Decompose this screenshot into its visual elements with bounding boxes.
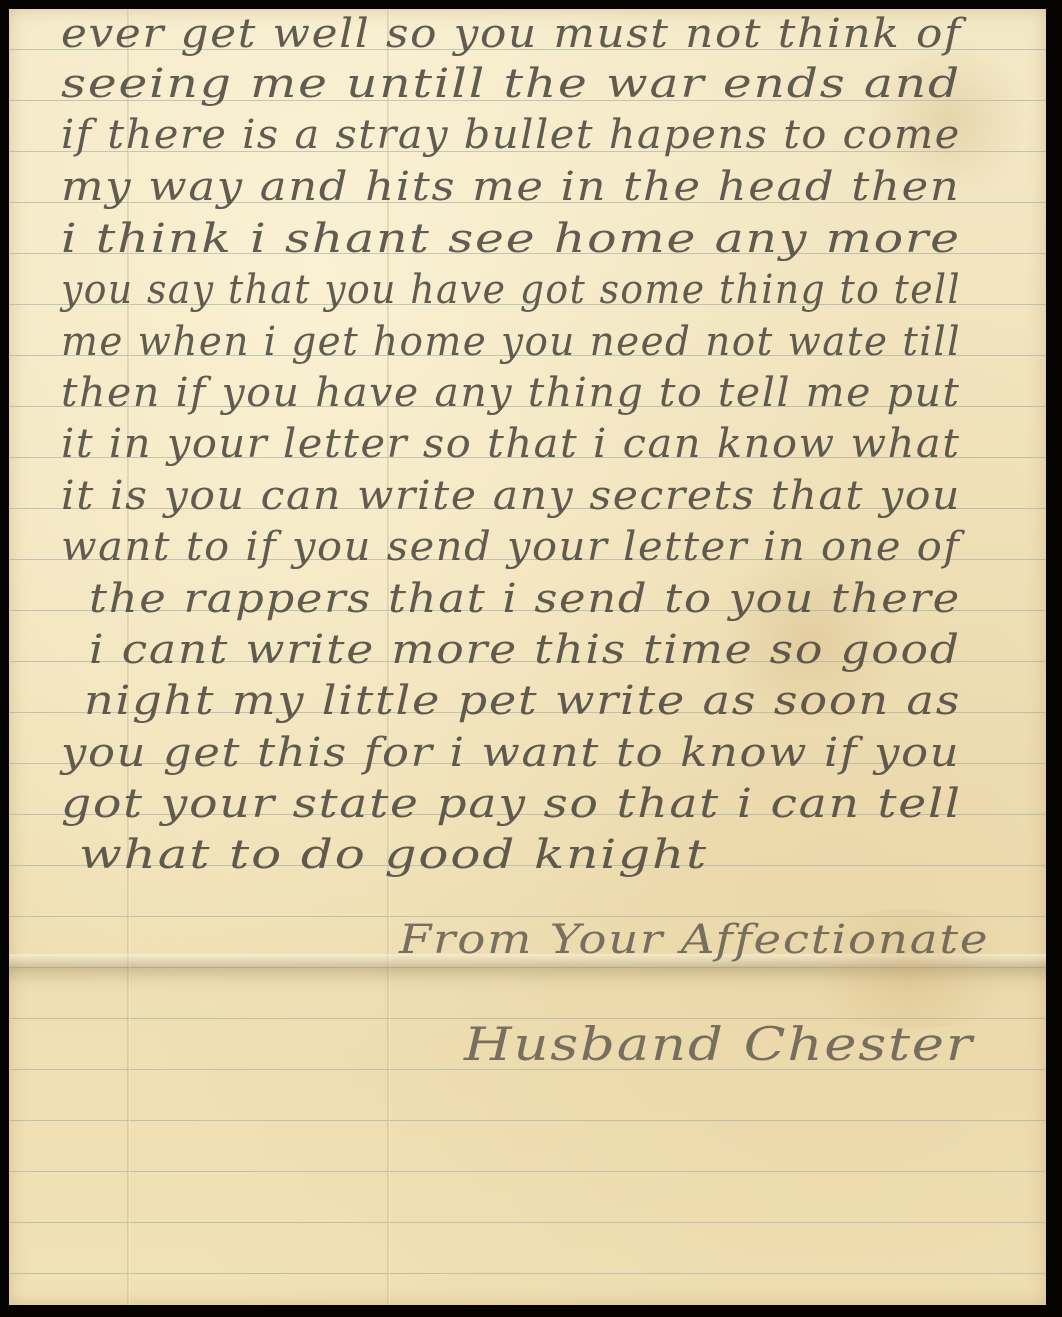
letter-line: me when i get home you need not wate til… [61,319,961,365]
ruled-line [9,1222,1046,1223]
ruled-line [9,1120,1046,1121]
letter-line: want to if you send your letter in one o… [61,524,960,570]
letter-signature: Husband Chester [464,1017,974,1071]
letter-line: ever get well so you must not think of [61,11,962,57]
letter-line: then if you have any thing to tell me pu… [61,370,961,416]
letter-line: seeing me untill the war ends and [61,61,961,107]
ruled-line [9,1171,1046,1172]
letter-line: my way and hits me in the head then [61,164,960,210]
letter-line: i think i shant see home any more [61,216,961,262]
letter-line: the rappers that i send to you there [89,576,961,622]
letter-line: got your state pay so that i can tell [61,781,962,827]
letter-closing: From Your Affectionate [399,917,989,963]
letter-line: night my little pet write as soon as [84,678,961,724]
letter-line: you get this for i want to know if you [61,730,960,776]
letter-line: i cant write more this time so good [89,627,961,673]
letter-page: ever get well so you must not think of s… [9,9,1046,1305]
letter-line: what to do good knight [79,832,708,878]
letter-line: if there is a stray bullet hapens to com… [61,112,961,158]
letter-line: you say that you have got some thing to … [61,267,961,313]
letter-line: it in your letter so that i can know wha… [61,421,961,467]
letter-line: it is you can write any secrets that you [61,473,961,519]
ruled-line [9,1273,1046,1274]
